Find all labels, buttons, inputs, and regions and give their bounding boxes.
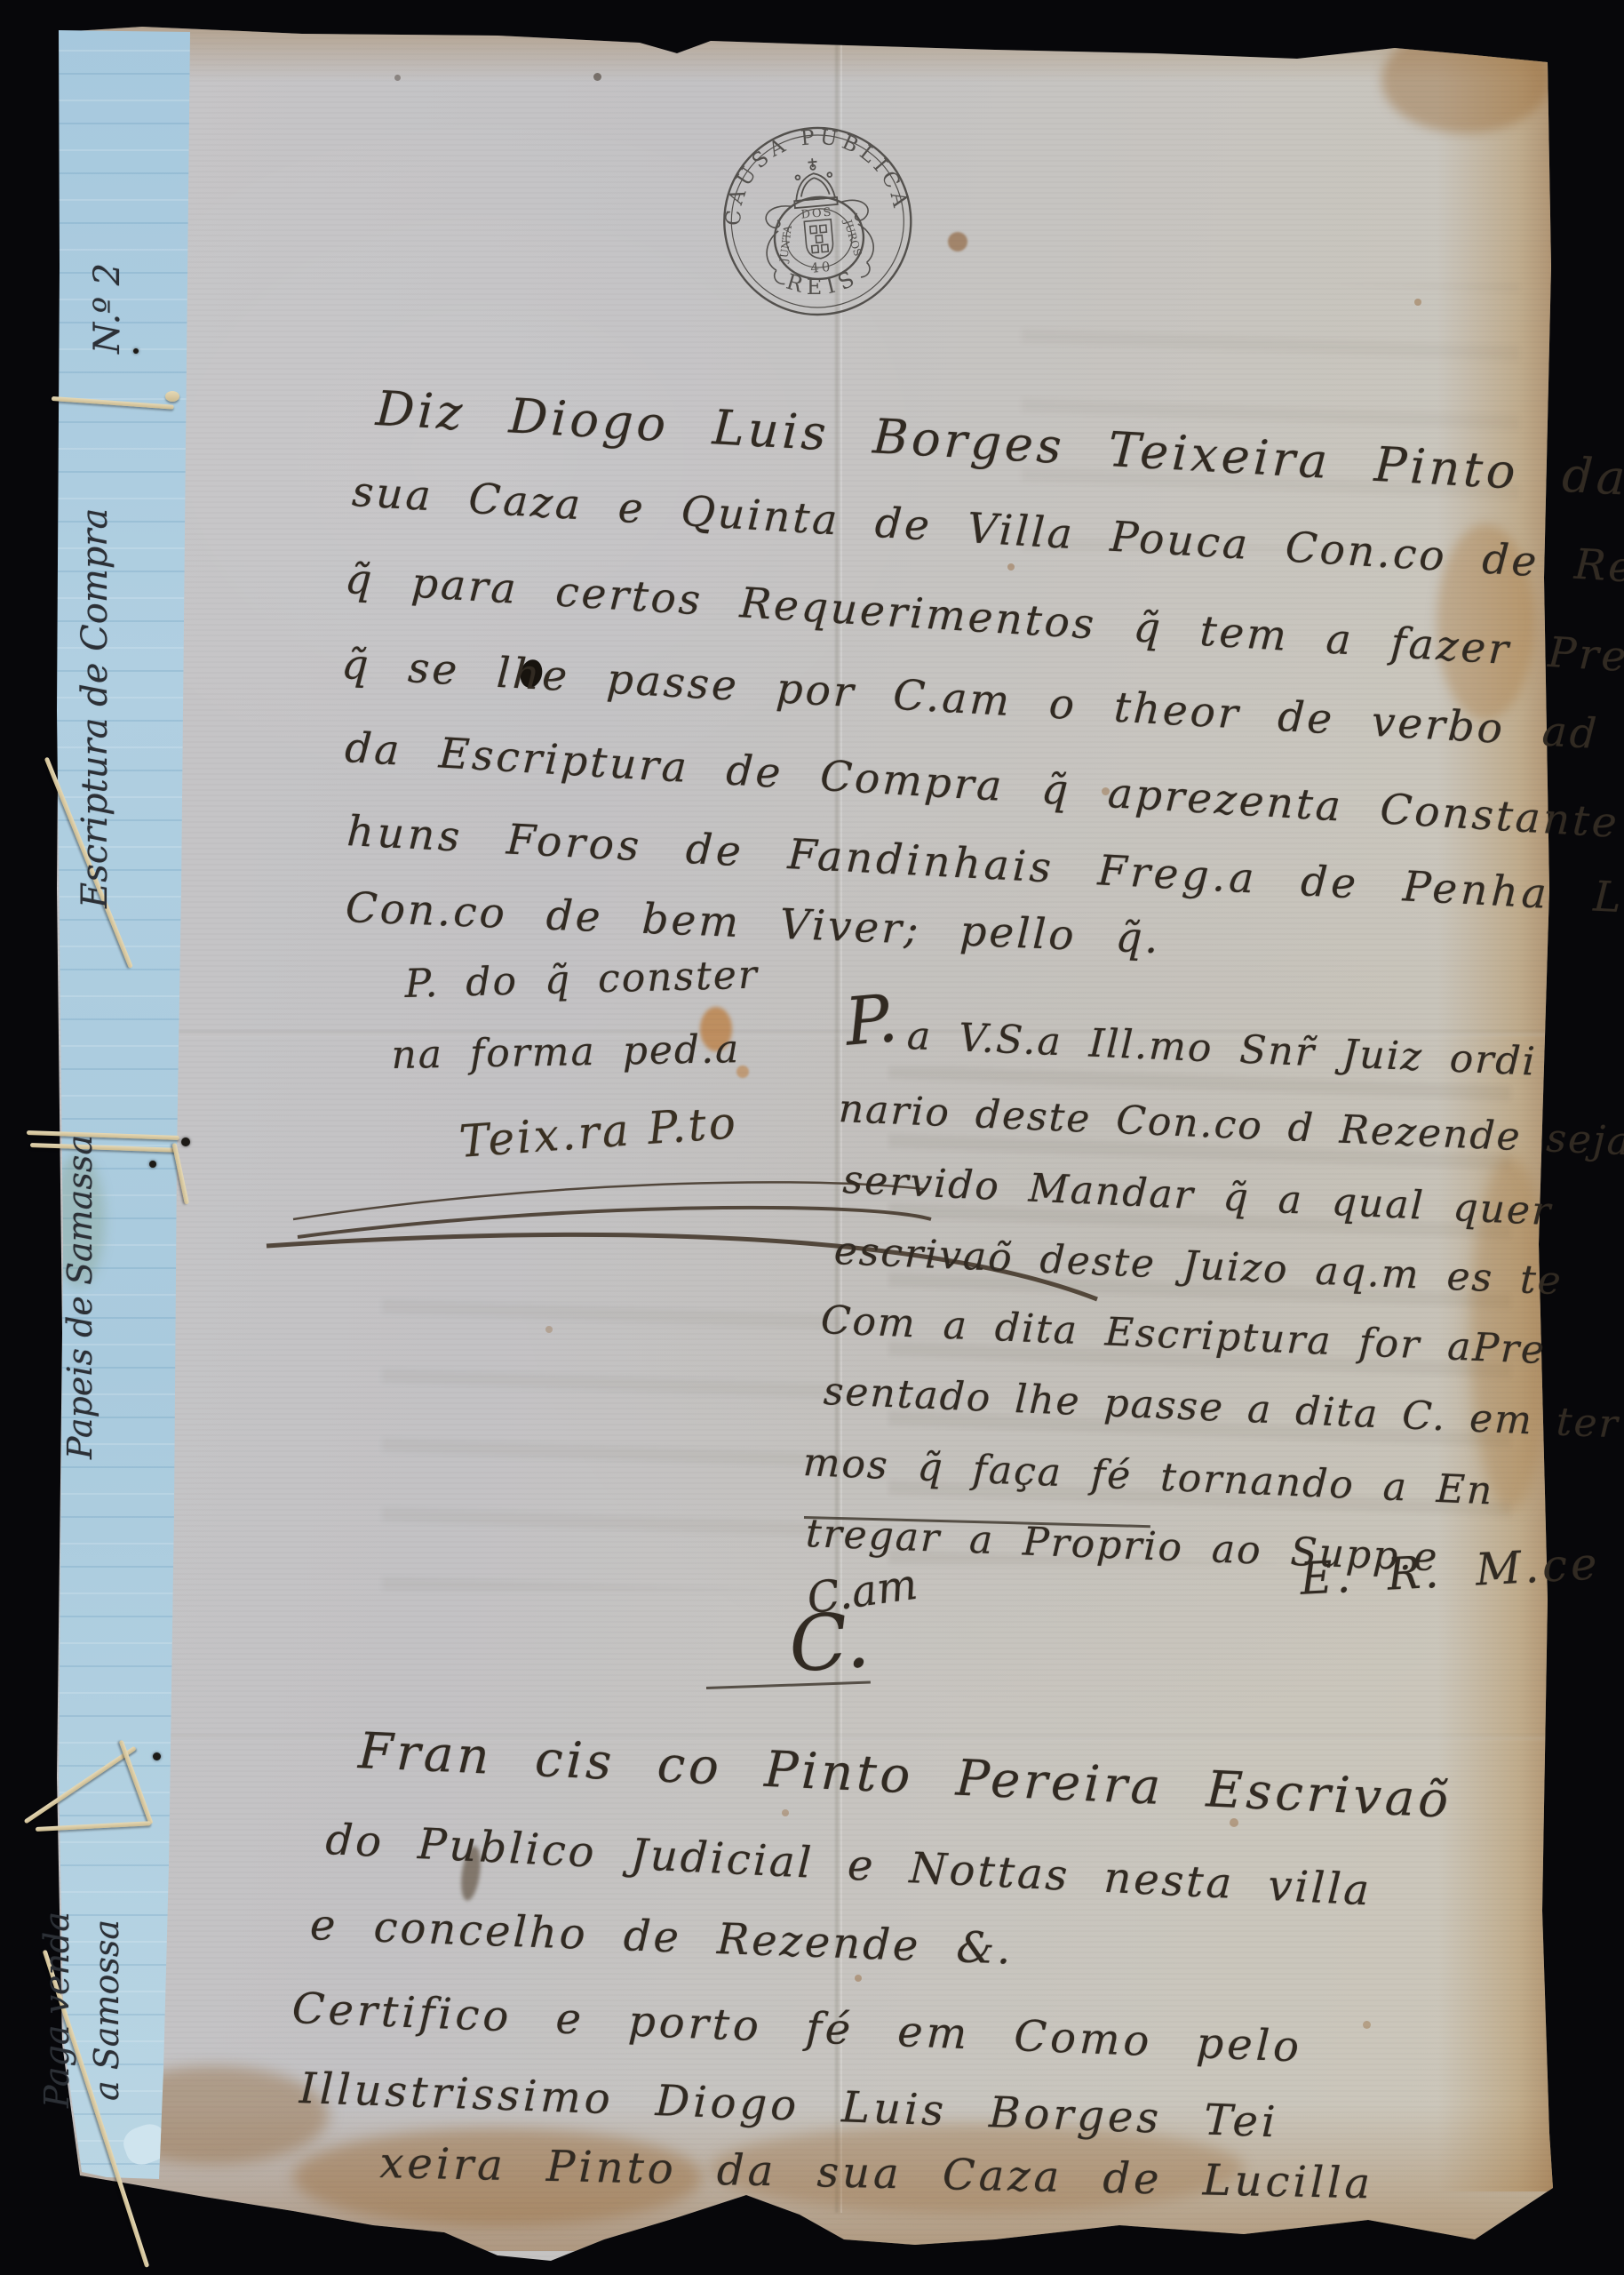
stitch-hole bbox=[153, 1752, 161, 1760]
thread-knot bbox=[165, 391, 179, 402]
stitch-hole bbox=[149, 1161, 156, 1168]
speck bbox=[545, 1326, 553, 1333]
speck bbox=[855, 1975, 862, 1982]
heading-initial: C. bbox=[786, 1596, 872, 1690]
paper-top-browning bbox=[60, 25, 1553, 82]
stamp-band-dos: DOS bbox=[800, 205, 833, 221]
crown-icon bbox=[791, 156, 838, 208]
spine-note-number: N.º 2 bbox=[87, 263, 128, 354]
speck bbox=[1007, 563, 1015, 571]
speck bbox=[782, 1809, 789, 1816]
manuscript-photo: CAUSA PUBLICA REIS DOS JUNTA JUROS 40 N.… bbox=[0, 0, 1624, 2275]
right-edge-fold bbox=[1560, 62, 1567, 2142]
request-initial: P. bbox=[842, 980, 901, 1061]
spine-note-papeis: Papeis de Samassa bbox=[60, 1135, 100, 1459]
speck bbox=[1414, 299, 1421, 306]
speck bbox=[593, 73, 601, 81]
spine-note-paga-1: Paga venda bbox=[37, 1912, 76, 2108]
speck bbox=[394, 75, 401, 81]
fox-spot bbox=[948, 232, 967, 251]
despacho-line: P. do q̃ conster bbox=[404, 953, 759, 1007]
despacho-line: na forma ped.a bbox=[391, 1026, 741, 1078]
stitch-hole bbox=[133, 348, 139, 354]
revenue-stamp: CAUSA PUBLICA REIS DOS JUNTA JUROS 40 bbox=[706, 105, 928, 331]
stitch-hole bbox=[181, 1137, 190, 1146]
corner-stain bbox=[1381, 27, 1550, 133]
spine-note-escriptura: Escriptura de Compra bbox=[75, 508, 115, 908]
stamp-value: 40 bbox=[810, 259, 834, 276]
speck bbox=[1363, 2021, 1371, 2029]
stamp-band-junta: JUNTA bbox=[777, 225, 794, 265]
spine-note-paga-2: a Samossa bbox=[87, 1920, 126, 2101]
horizontal-fold-crease-2 bbox=[62, 1735, 1546, 1740]
shield-icon bbox=[804, 220, 834, 259]
